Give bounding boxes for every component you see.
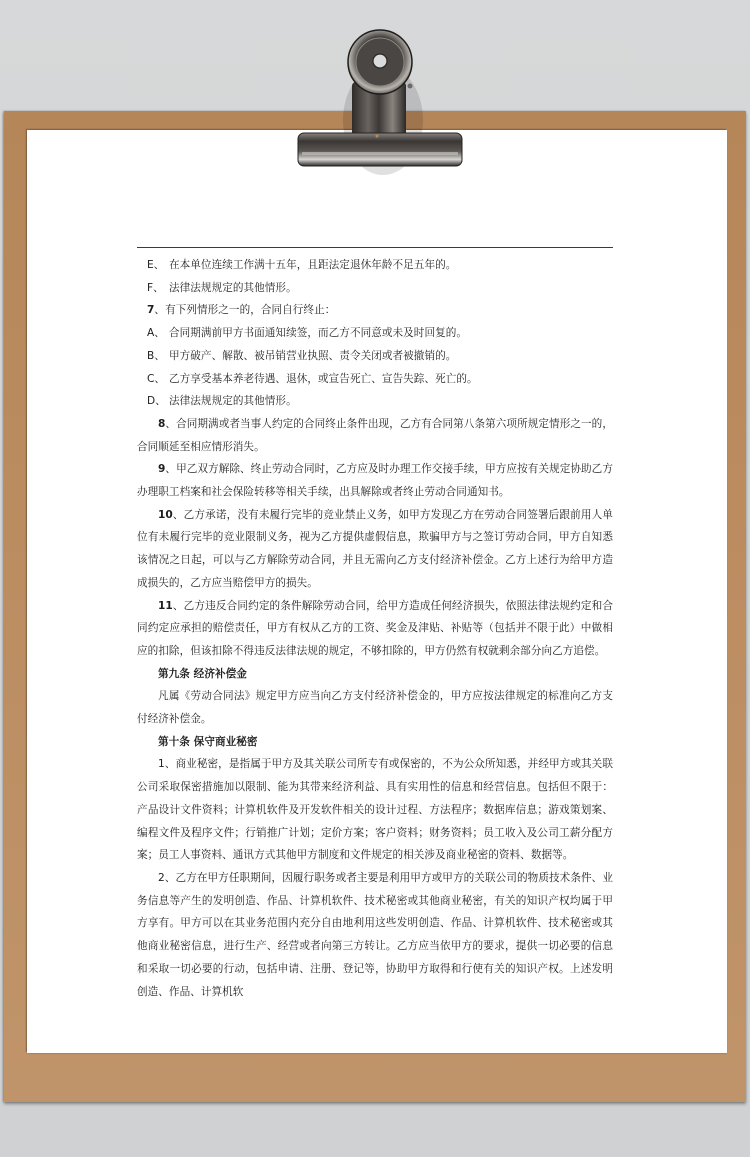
list-item-b: B、甲方破产、解散、被吊销营业执照、责令关闭或者被撤销的。: [137, 345, 613, 368]
list-item-a: A、合同期满前甲方书面通知续签，而乙方不同意或未及时回复的。: [137, 322, 613, 345]
list-item-f: F、法律法规规定的其他情形。: [137, 277, 613, 300]
item-label: D、: [147, 390, 169, 413]
item-text: 法律法规规定的其他情形。: [169, 282, 297, 294]
clause-text: 、乙方违反合同约定的条件解除劳动合同，给甲方造成任何经济损失，依照法律法规约定和…: [137, 600, 613, 657]
article-10-paragraph-2: 2、乙方在甲方任职期间，因履行职务或者主要是利用甲方或甲方的关联公司的物质技术条…: [137, 867, 613, 1003]
item-text: 乙方享受基本养老待遇、退休，或宣告死亡、宣告失踪、死亡的。: [169, 373, 478, 385]
document-body: E、在本单位连续工作满十五年，且距法定退休年龄不足五年的。 F、法律法规规定的其…: [137, 254, 613, 1003]
clause-number: 10: [158, 509, 173, 521]
article-10-paragraph-1: 1、商业秘密，是指属于甲方及其关联公司所专有或保密的，不为公众所知悉，并经甲方或…: [137, 753, 613, 867]
item-label: E、: [147, 254, 169, 277]
clause-8: 8、合同期满或者当事人约定的合同终止条件出现，乙方有合同第八条第六项所规定情形之…: [137, 413, 613, 458]
item-label: C、: [147, 368, 169, 391]
clause-text: 、甲乙双方解除、终止劳动合同时，乙方应及时办理工作交接手续，甲方应按有关规定协助…: [137, 463, 613, 498]
item-label: A、: [147, 322, 169, 345]
item-text: 在本单位连续工作满十五年，且距法定退休年龄不足五年的。: [169, 259, 456, 271]
article-9-heading: 第九条 经济补偿金: [137, 663, 613, 686]
clause-text: 、合同期满或者当事人约定的合同终止条件出现，乙方有合同第八条第六项所规定情形之一…: [137, 418, 613, 453]
item-text: 甲方破产、解散、被吊销营业执照、责令关闭或者被撤销的。: [169, 350, 456, 362]
item-text: 法律法规规定的其他情形。: [169, 395, 297, 407]
item-text: 合同期满前甲方书面通知续签，而乙方不同意或未及时回复的。: [169, 327, 467, 339]
header-rule: [137, 247, 613, 248]
clause-10: 10、乙方承诺，没有未履行完毕的竞业禁止义务，如甲方发现乙方在劳动合同签署后跟前…: [137, 504, 613, 595]
clause-11: 11、乙方违反合同约定的条件解除劳动合同，给甲方造成任何经济损失，依照法律法规约…: [137, 595, 613, 663]
clause-text: 、乙方承诺，没有未履行完毕的竞业禁止义务，如甲方发现乙方在劳动合同签署后跟前用人…: [137, 509, 613, 589]
list-item-d: D、法律法规规定的其他情形。: [137, 390, 613, 413]
article-9-body: 凡属《劳动合同法》规定甲方应当向乙方支付经济补偿金的，甲方应按法律规定的标准向乙…: [137, 685, 613, 730]
binder-clip-icon: [0, 0, 750, 180]
clause-number: 11: [158, 600, 173, 612]
clause-7: 7、有下列情形之一的，合同自行终止：: [137, 299, 613, 322]
list-item-e: E、在本单位连续工作满十五年，且距法定退休年龄不足五年的。: [137, 254, 613, 277]
clause-9: 9、甲乙双方解除、终止劳动合同时，乙方应及时办理工作交接手续，甲方应按有关规定协…: [137, 458, 613, 503]
item-label: F、: [147, 277, 169, 300]
list-item-c: C、乙方享受基本养老待遇、退休，或宣告死亡、宣告失踪、死亡的。: [137, 368, 613, 391]
article-10-heading: 第十条 保守商业秘密: [137, 731, 613, 754]
clause-text: 、有下列情形之一的，合同自行终止：: [154, 304, 335, 316]
item-label: B、: [147, 345, 169, 368]
